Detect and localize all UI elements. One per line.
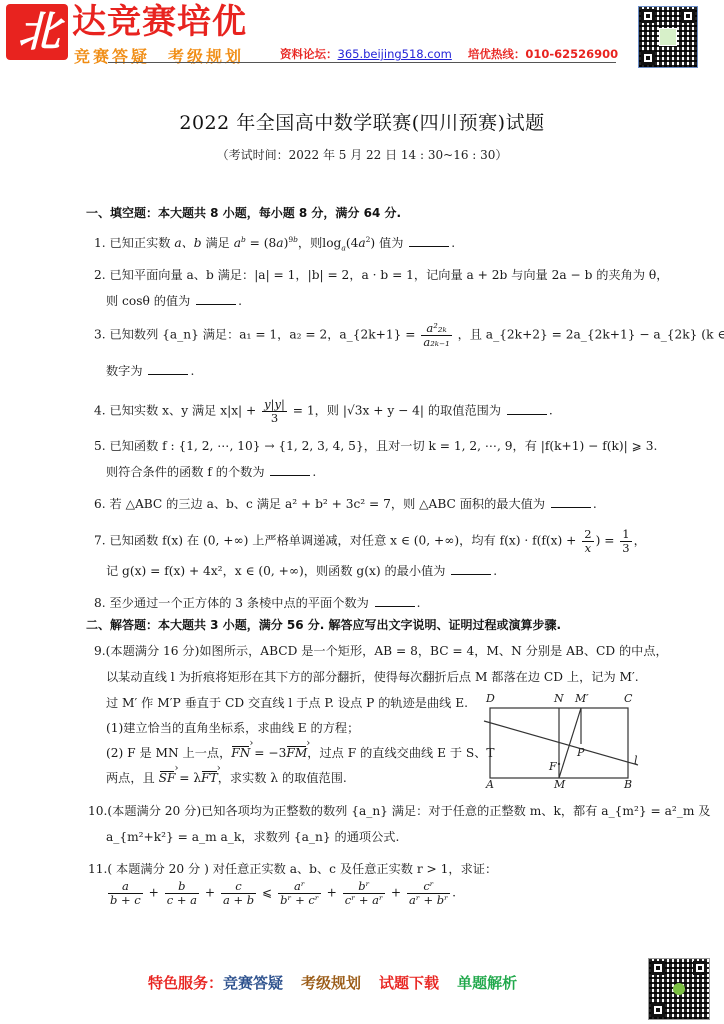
question-3: 3. 已知数列 {a_n} 满足：a₁ = 1，a₂ = 2，a_{2k+1} … [94,322,724,348]
question-5: 5. 已知函数 f : {1, 2, ⋯, 10} → {1, 2, 3, 4,… [94,437,657,454]
answer-blank[interactable] [196,293,236,305]
qr-code-icon [638,6,698,68]
section-1-heading: 一、填空题：本大题共 8 小题，每小题 8 分，满分 64 分. [86,204,401,221]
document-subtitle: （考试时间：2022 年 5 月 22 日 14 : 30~16 : 30） [0,146,724,163]
page-footer: 特色服务：竞赛答疑考级规划试题下载单题解析 [148,972,517,993]
label-C: C [624,692,632,705]
question-8: 8. 至少通过一个正方体的 3 条棱中点的平面个数为 . [94,594,421,611]
question-9-part2: (2) F 是 MN 上一点，FN = −3FM，过点 F 的直线交曲线 E 于… [106,744,495,761]
label-B: B [624,778,632,791]
question-10-cont: a_{m²+k²} = a_m a_k，求数列 {a_n} 的通项公式. [106,828,399,845]
footer-item-analysis[interactable]: 单题解析 [457,974,517,992]
answer-blank[interactable] [270,464,310,476]
fraction: 13 [620,528,631,554]
label-F: F [549,760,557,773]
brand-title: 达竞赛培优 [72,2,247,42]
question-9-line2: 以某动直线 l 为折痕将矩形在其下方的部分翻折，使得每次翻折后点 M 都落在边 … [106,668,639,685]
rectangle-fold-diagram: D N M′ C P l F A M B [474,694,654,794]
question-11: 11.( 本题满分 20 分 ) 对任意正实数 a、b、c 及任意正实数 r >… [88,860,497,877]
footer-item-exam-planning[interactable]: 考级规划 [301,974,361,992]
question-2: 2. 已知平面向量 a、b 满足：|a| = 1，|b| = 2，a · b =… [94,266,668,283]
hotline-number: 010-62526900 [525,47,618,61]
question-9-line3: 过 M′ 作 M′P 垂直于 CD 交直线 l 于点 P. 设点 P 的轨迹是曲… [106,694,468,711]
fraction: y|y|3 [262,398,287,424]
page-header: 北 达竞赛培优 竞赛答疑考级规划 资料论坛：365.beijing518.com… [0,0,724,80]
header-divider [108,62,616,63]
footer-label: 特色服务： [148,974,223,992]
question-1: 1. 已知正实数 a、b 满足 ab = (8a)9b，则loga(4a2) 值… [94,234,455,251]
forum-label: 资料论坛： [280,47,338,61]
answer-blank[interactable] [507,403,547,415]
question-9-part2-cont: 两点，且 SF = λFT，求实数 λ 的取值范围. [106,769,347,786]
footer-item-download[interactable]: 试题下载 [379,974,439,992]
question-2-cont: 则 cosθ 的值为 . [106,292,242,309]
label-M-prime: M′ [575,692,589,705]
question-9: 9.(本题满分 16 分)如图所示，ABCD 是一个矩形，AB = 8，BC =… [94,642,668,659]
answer-blank[interactable] [409,235,449,247]
brand-sub-right: 考级规划 [168,47,244,66]
question-5-cont: 则符合条件的函数 f 的个数为 . [106,463,316,480]
label-N: N [554,692,564,705]
question-4: 4. 已知实数 x、y 满足 x|x| + y|y|3 = 1，则 |√3x +… [94,398,553,424]
brand-sub-left: 竞赛答疑 [74,47,150,66]
question-10: 10.(本题满分 20 分)已知各项均为正整数的数列 {a_n} 满足：对于任意… [88,802,710,819]
hotline-label: 培优热线： [468,47,526,61]
footer-item-competition-qa[interactable]: 竞赛答疑 [223,974,283,992]
header-contact-info: 资料论坛：365.beijing518.com培优热线：010-62526900 [280,46,618,62]
answer-blank[interactable] [148,363,188,375]
fraction: a²₂ₖa₂ₖ₋₁ [421,322,451,348]
question-7: 7. 已知函数 f(x) 在 (0, +∞) 上严格单调递减，对任意 x ∈ (… [94,528,646,554]
question-9-part1: (1)建立恰当的直角坐标系，求曲线 E 的方程； [106,719,359,736]
question-3-cont: 数字为 . [106,362,194,379]
brand-logo: 北 [6,4,68,60]
label-P: P [577,746,584,759]
label-M: M [554,778,565,791]
forum-link[interactable]: 365.beijing518.com [338,47,452,61]
section-2-heading: 二、解答题：本大题共 3 小题，满分 56 分. 解答应写出文字说明、证明过程或… [86,616,561,633]
answer-blank[interactable] [375,595,415,607]
brand-subtitle: 竞赛答疑考级规划 [74,44,244,67]
document-title: 2022 年全国高中数学联赛(四川预赛)试题 [0,108,724,135]
answer-blank[interactable] [551,496,591,508]
fraction: 2x [582,528,593,554]
label-D: D [486,692,495,705]
wechat-qr-code-icon [648,958,710,1020]
logo-glyph: 北 [18,11,56,53]
label-l: l [634,754,638,767]
answer-blank[interactable] [451,563,491,575]
question-11-inequality: ab + c + bc + a + ca + b ⩽ aʳbʳ + cʳ + b… [106,880,456,906]
label-A: A [486,778,494,791]
question-7-cont: 记 g(x) = f(x) + 4x²，x ∈ (0, +∞)，则函数 g(x)… [106,562,497,579]
question-6: 6. 若 △ABC 的三边 a、b、c 满足 a² + b² + 3c² = 7… [94,495,597,512]
